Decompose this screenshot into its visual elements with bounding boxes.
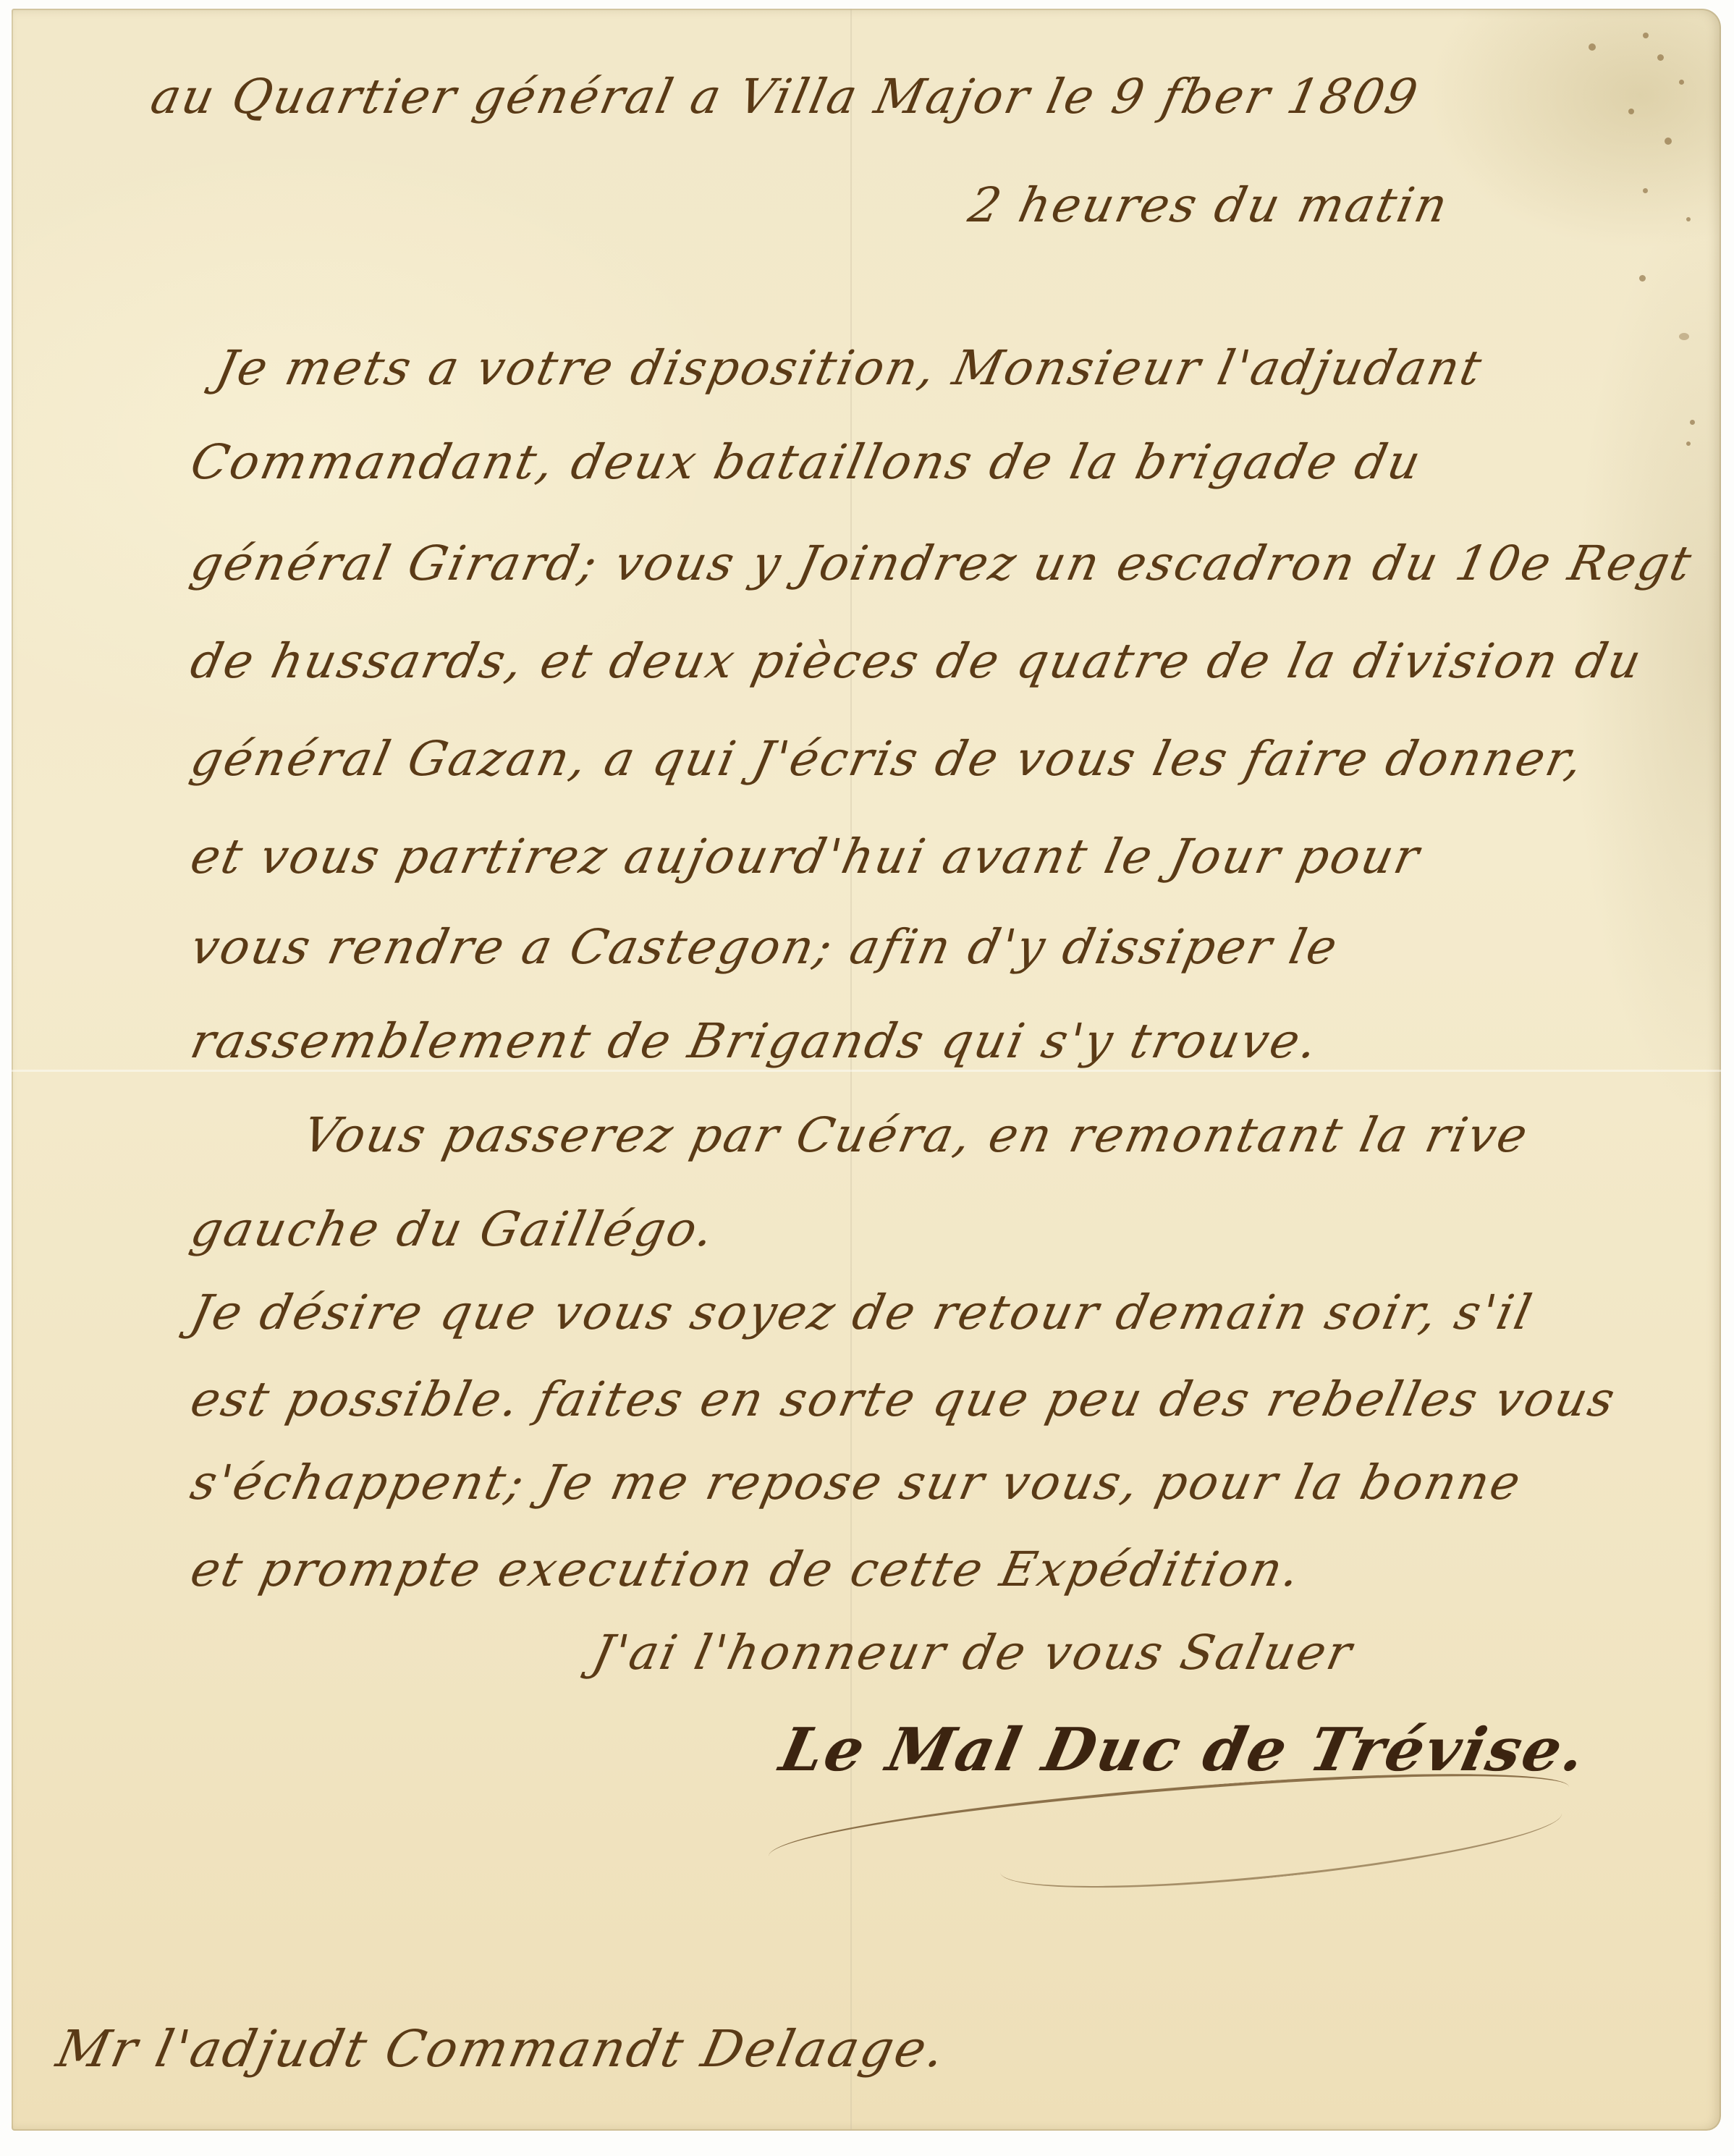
ink-spot [1665, 138, 1672, 145]
ink-spot [1690, 420, 1695, 425]
ink-spot [1639, 275, 1646, 282]
ink-spot [1643, 33, 1649, 38]
ink-spot [1589, 43, 1596, 51]
body-line-13: s'échappent; Je me repose sur vous, pour… [186, 1455, 1527, 1510]
ink-spot [1686, 217, 1691, 221]
header-time: 2 heures du matin [964, 177, 1455, 233]
addressee: Mr l'adjudt Commandt Delaage. [51, 2019, 952, 2079]
ink-spot [1679, 80, 1684, 85]
ink-spot [1628, 109, 1634, 114]
body-line-7: vous rendre a Castegon; afin d'y dissipe… [186, 919, 1344, 975]
body-line-1: Je mets a votre disposition, Monsieur l'… [211, 340, 1489, 396]
ink-spot [1679, 333, 1689, 340]
body-line-14: et prompte execution de cette Expédition… [186, 1542, 1307, 1597]
body-line-11: Je désire que vous soyez de retour demai… [186, 1285, 1539, 1340]
body-line-5: général Gazan, a qui J'écris de vous les… [186, 731, 1590, 787]
body-line-4: de hussards, et deux pièces de quatre de… [186, 633, 1648, 689]
body-line-12: est possible. faites en sorte que peu de… [186, 1371, 1622, 1427]
ink-spot [1643, 188, 1648, 193]
closing-salutation: J'ai l'honneur de vous Saluer [588, 1625, 1358, 1681]
body-line-9: Vous passerez par Cuéra, en remontant la… [298, 1107, 1534, 1163]
body-line-3: général Girard; vous y Joindrez un escad… [186, 536, 1699, 591]
ink-spot [1686, 441, 1691, 446]
paper-fold-horizontal [12, 1070, 1721, 1072]
header-place-date: au Quartier général a Villa Major le 9 f… [146, 69, 1424, 124]
body-line-6: et vous partirez aujourd'hui avant le Jo… [186, 829, 1426, 884]
ink-spot [1657, 54, 1664, 61]
body-line-8: rassemblement de Brigands qui s'y trouve… [186, 1013, 1324, 1069]
body-line-2: Commandant, deux bataillons de la brigad… [186, 434, 1427, 490]
body-line-10: gauche du Gaillégo. [186, 1201, 721, 1257]
